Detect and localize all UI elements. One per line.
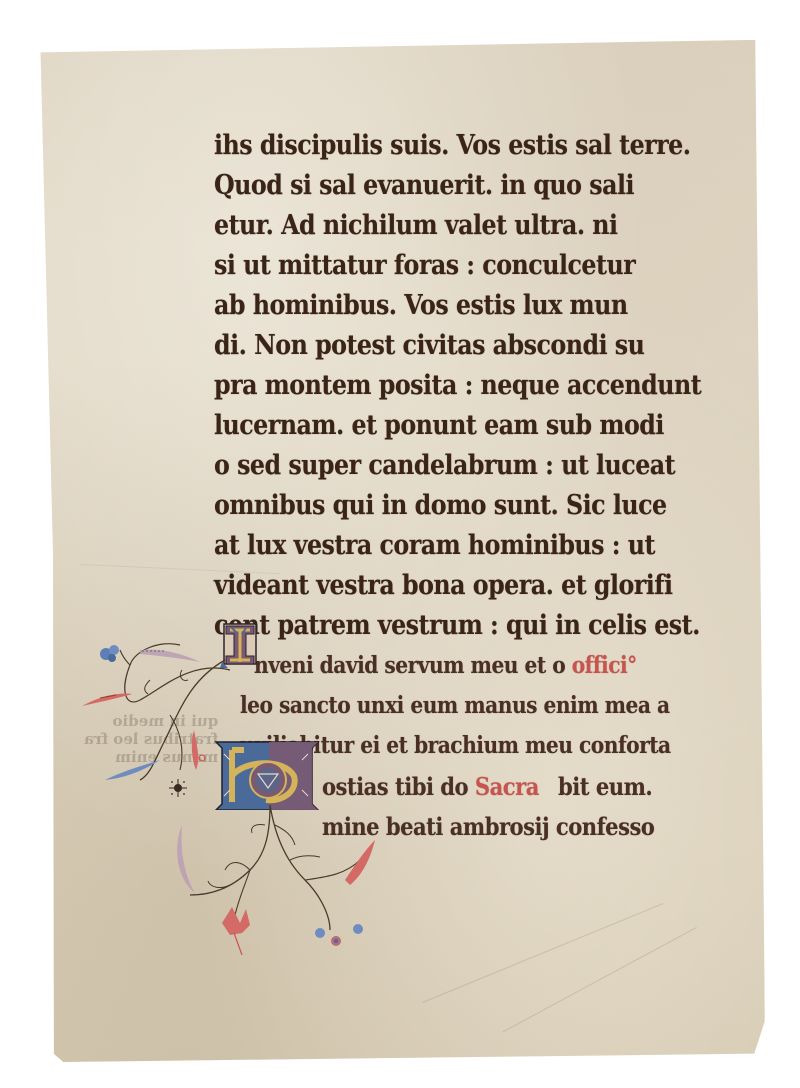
text-line: lucernam. et ponunt eam sub modi [214,410,664,441]
text-line: leo sancto unxi eum manus enim mea a [240,692,670,719]
text-line: mine beati ambrosij confesso [322,812,654,841]
rubric: Sacra [475,772,539,801]
text-line: pra montem posita : neque accendunt [214,370,701,401]
illuminated-initial-h [214,740,320,810]
text-line: nveni david servum meu et o offici° [254,652,637,679]
text-line: at lux vestra coram hominibus : ut [214,530,655,561]
text-line: cent patrem vestrum : qui in celis est. [214,610,700,641]
text-line: etur. Ad nichilum valet ultra. ni [214,210,618,241]
show-through-text: qui in medio fratribus leo fra manus eni… [84,712,218,766]
text-line: si ut mittatur foras : conculcetur [214,250,635,281]
text-line: ab hominibus. Vos estis lux mun [214,290,628,321]
text-line: Quod si sal evanuerit. in quo sali [214,170,634,201]
text-line: videant vestra bona opera. et glorifi [214,570,672,601]
rubric: offici° [572,652,637,679]
text-line: o sed super candelabrum : ut luceat [214,450,675,481]
text-line: di. Non potest civitas abscondi su [214,330,644,361]
text-line: omnibus qui in domo sunt. Sic luce [214,490,667,521]
text-line: ihs discipulis suis. Vos estis sal terre… [214,130,690,161]
parchment-crease [503,927,697,1032]
parchment-crease [423,903,664,1003]
text-line: ostias tibi do Sacra bit eum. [322,772,652,801]
illuminated-initial-i [220,622,260,668]
